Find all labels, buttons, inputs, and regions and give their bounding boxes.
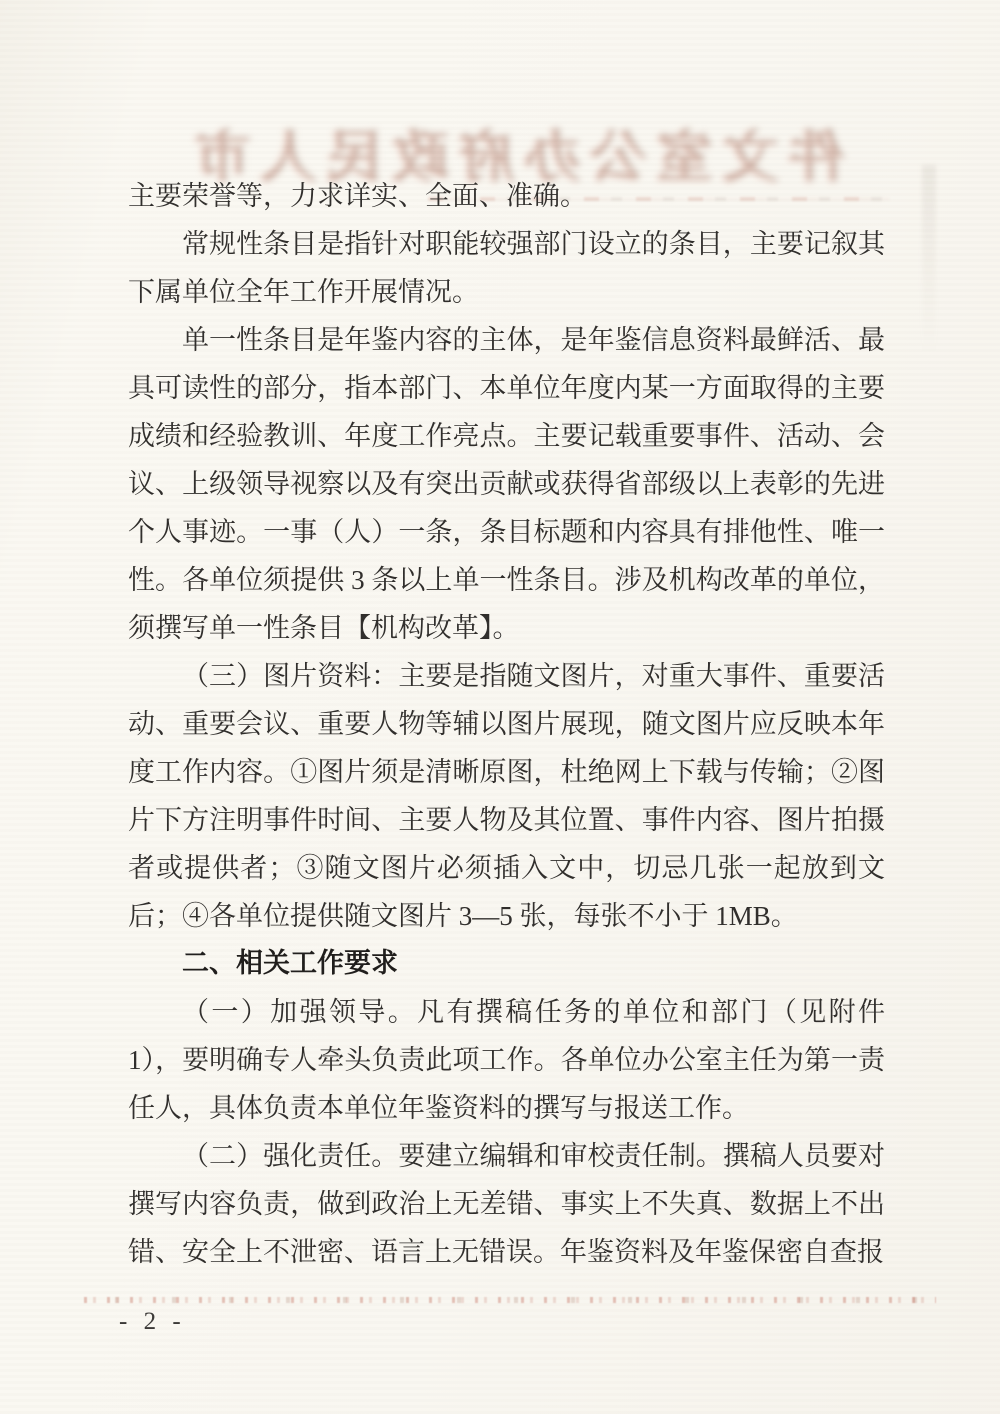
document-page: 件文室公办府政民人市 主要荣誉等，力求详实、全面、准确。 常规性条目是指针对职能… [0,0,1000,1414]
page-number: - 2 - [119,1308,186,1336]
paragraph: （一）加强领导。凡有撰稿任务的单位和部门（见附件 1），要明确专人牵头负责此项工… [128,988,885,1132]
paragraph: （三）图片资料：主要是指随文图片，对重大事件、重要活动、重要会议、重要人物等辅以… [128,652,885,940]
paragraph-continuation: 主要荣誉等，力求详实、全面、准确。 [128,172,885,220]
scan-artifact-speckle [84,1297,936,1303]
section-heading: 二、相关工作要求 [128,940,885,988]
document-body: 主要荣誉等，力求详实、全面、准确。 常规性条目是指针对职能较强部门设立的条目，主… [128,172,885,1276]
paragraph: 常规性条目是指针对职能较强部门设立的条目，主要记叙其下属单位全年工作开展情况。 [128,220,885,316]
paragraph: （二）强化责任。要建立编辑和审校责任制。撰稿人员要对撰写内容负责，做到政治上无差… [128,1132,885,1276]
paragraph: 单一性条目是年鉴内容的主体，是年鉴信息资料最鲜活、最具可读性的部分，指本部门、本… [128,316,885,652]
scan-artifact-smudge [922,165,936,355]
